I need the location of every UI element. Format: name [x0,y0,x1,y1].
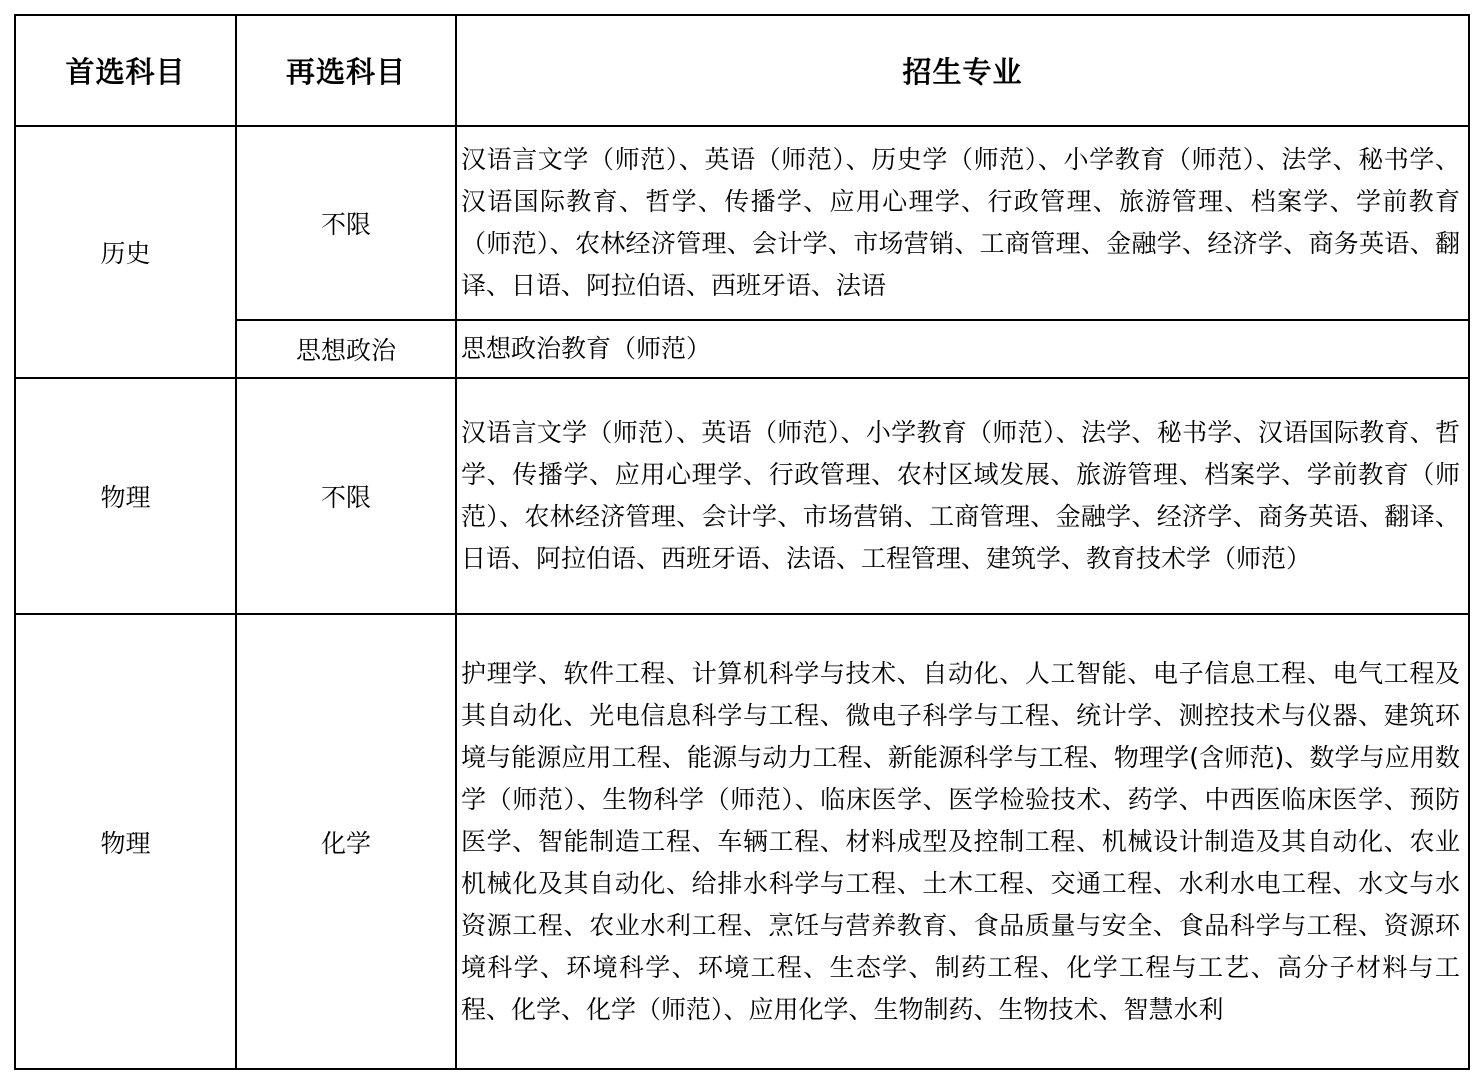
table-row-physics-chemistry: 物理 化学 护理学、软件工程、计算机科学与技术、自动化、人工智能、电子信息工程、… [15,614,1469,1069]
first-subject-cell: 物理 [15,378,236,614]
admission-subjects-table: 首选科目 再选科目 招生专业 历史 不限 汉语言文学（师范）、英语（师范）、历史… [14,14,1470,1070]
header-majors: 招生专业 [456,15,1469,126]
second-subject-cell: 不限 [236,378,456,614]
page: 首选科目 再选科目 招生专业 历史 不限 汉语言文学（师范）、英语（师范）、历史… [0,0,1482,1088]
header-row: 首选科目 再选科目 招生专业 [15,15,1469,126]
header-second-subject: 再选科目 [236,15,456,126]
majors-cell: 思想政治教育（师范） [456,320,1469,378]
second-subject-cell: 不限 [236,126,456,320]
table-row-physics-unrestricted: 物理 不限 汉语言文学（师范）、英语（师范）、小学教育（师范）、法学、秘书学、汉… [15,378,1469,614]
majors-cell: 护理学、软件工程、计算机科学与技术、自动化、人工智能、电子信息工程、电气工程及其… [456,614,1469,1069]
majors-cell: 汉语言文学（师范）、英语（师范）、历史学（师范）、小学教育（师范）、法学、秘书学… [456,126,1469,320]
majors-cell: 汉语言文学（师范）、英语（师范）、小学教育（师范）、法学、秘书学、汉语国际教育、… [456,378,1469,614]
header-first-subject: 首选科目 [15,15,236,126]
second-subject-cell: 化学 [236,614,456,1069]
first-subject-cell: 历史 [15,126,236,378]
table-row-history-unrestricted: 历史 不限 汉语言文学（师范）、英语（师范）、历史学（师范）、小学教育（师范）、… [15,126,1469,320]
first-subject-cell: 物理 [15,614,236,1069]
second-subject-cell: 思想政治 [236,320,456,378]
